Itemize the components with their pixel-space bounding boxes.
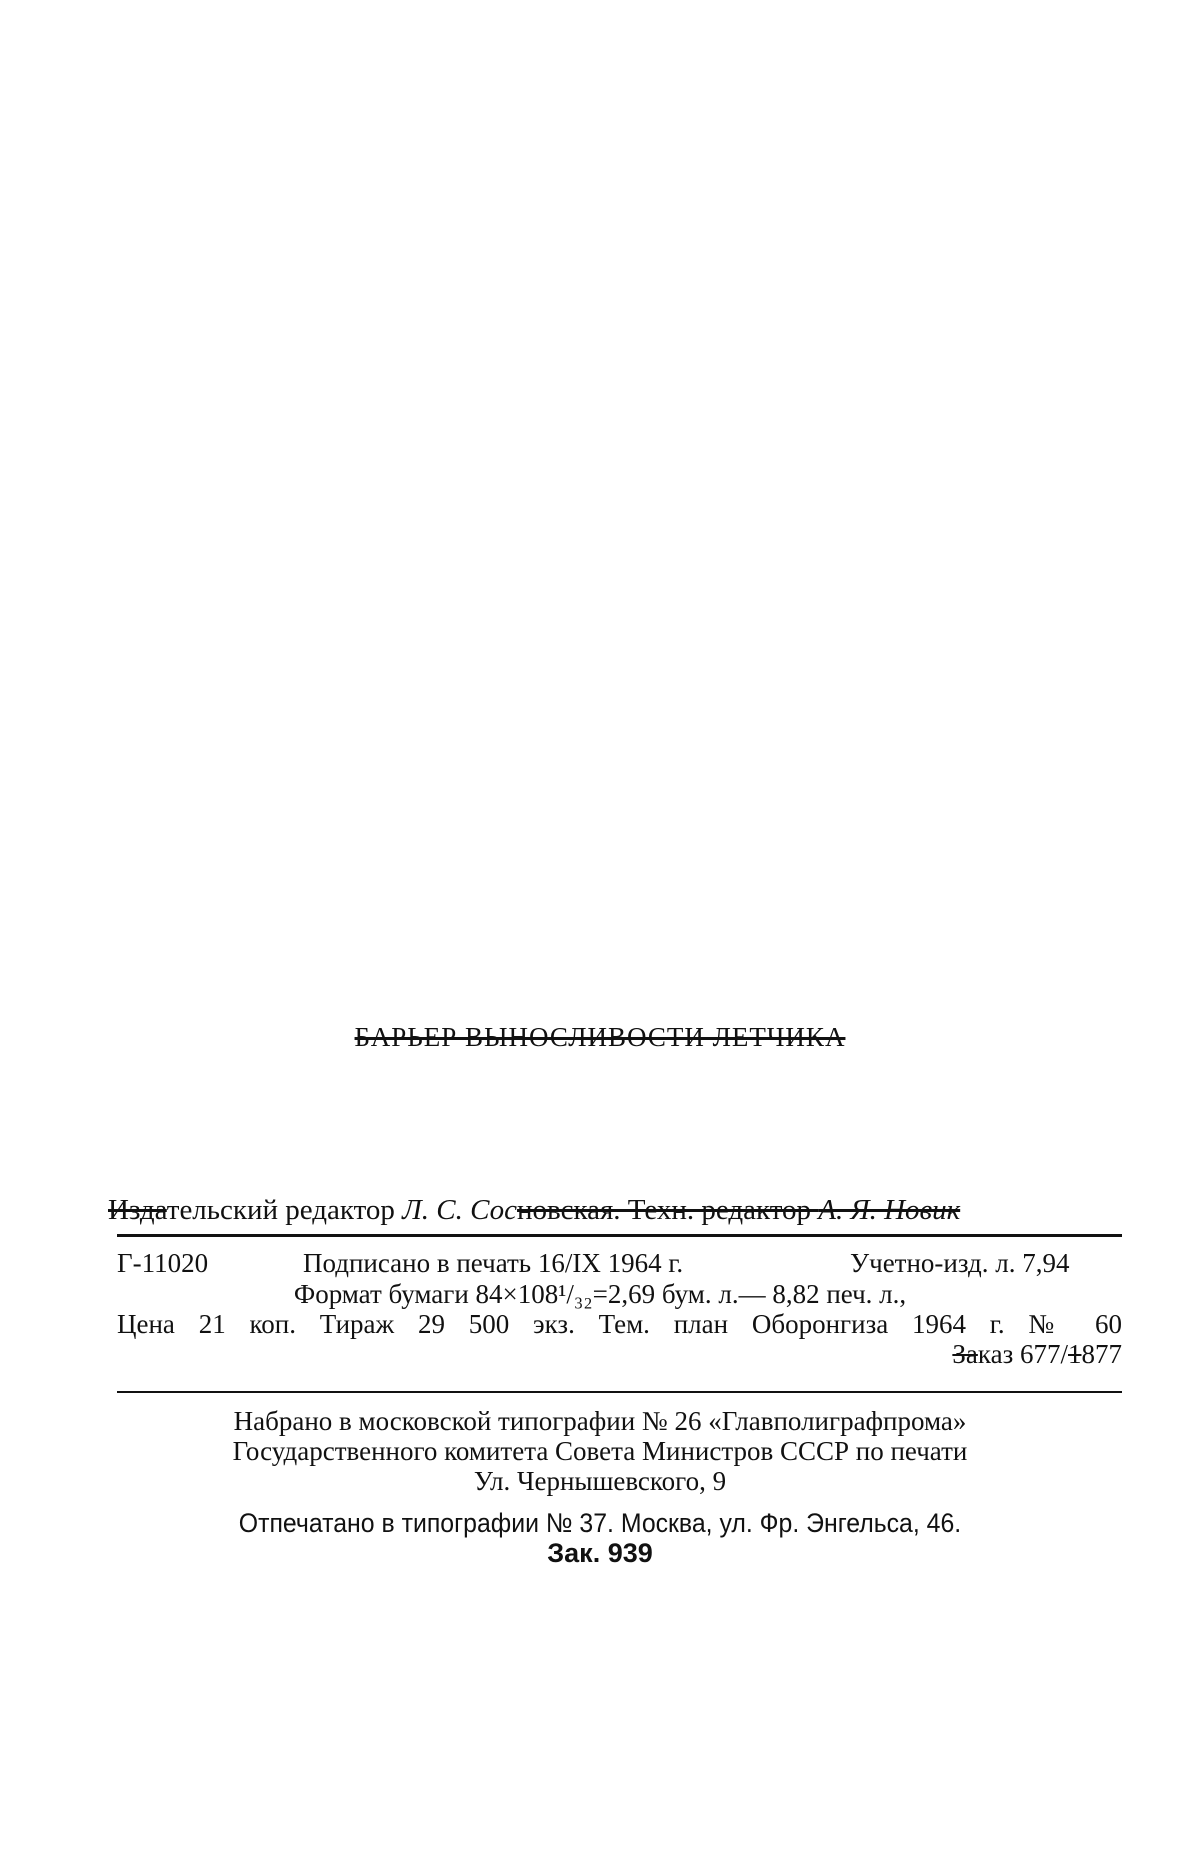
printer-line-3: Ул. Чернышевского, 9 <box>0 1466 1200 1497</box>
editors-struck-2: новская. Техн. редактор <box>517 1194 818 1226</box>
tech-editor-name: А. Я. Новик <box>818 1194 960 1226</box>
order-num-struck: 1 <box>1068 1339 1082 1369</box>
order-text: каз 677/ <box>978 1339 1068 1369</box>
printer-line-4: Отпечатано в типографии № 37. Москва, ул… <box>48 1508 1152 1539</box>
editors-line: Издательский редактор Л. С. Сосновская. … <box>108 1194 1120 1227</box>
book-title: БАРЬЕР ВЫНОСЛИВОСТИ ЛЕТЧИКА <box>0 1022 1200 1053</box>
imprint-order: Заказ 677/1877 <box>952 1339 1122 1370</box>
editor-label: тельский редактор <box>167 1194 402 1226</box>
imprint-price: Цена 21 коп. Тираж 29 500 экз. Тем. план… <box>117 1309 1122 1340</box>
divider-bottom <box>117 1391 1122 1393</box>
printer-line-1: Набрано в московской типографии № 26 «Гл… <box>0 1406 1200 1437</box>
imprint-sheets: Учетно-изд. л. 7,94 <box>850 1248 1070 1279</box>
imprint-code: Г-11020 <box>117 1248 208 1279</box>
editor-name: Л. С. Сос <box>402 1194 517 1226</box>
editors-struck-1: Изда <box>108 1194 167 1226</box>
divider-top <box>117 1234 1122 1237</box>
order-num: 877 <box>1082 1339 1123 1369</box>
order-struck: За <box>952 1339 978 1369</box>
printer-line-2: Государственного комитета Совета Министр… <box>0 1436 1200 1467</box>
imprint-format: Формат бумаги 84×108¹/₃₂=2,69 бум. л.— 8… <box>0 1279 1200 1310</box>
printer-order: Зак. 939 <box>0 1538 1200 1569</box>
imprint-signed: Подписано в печать 16/IX 1964 г. <box>303 1248 683 1279</box>
